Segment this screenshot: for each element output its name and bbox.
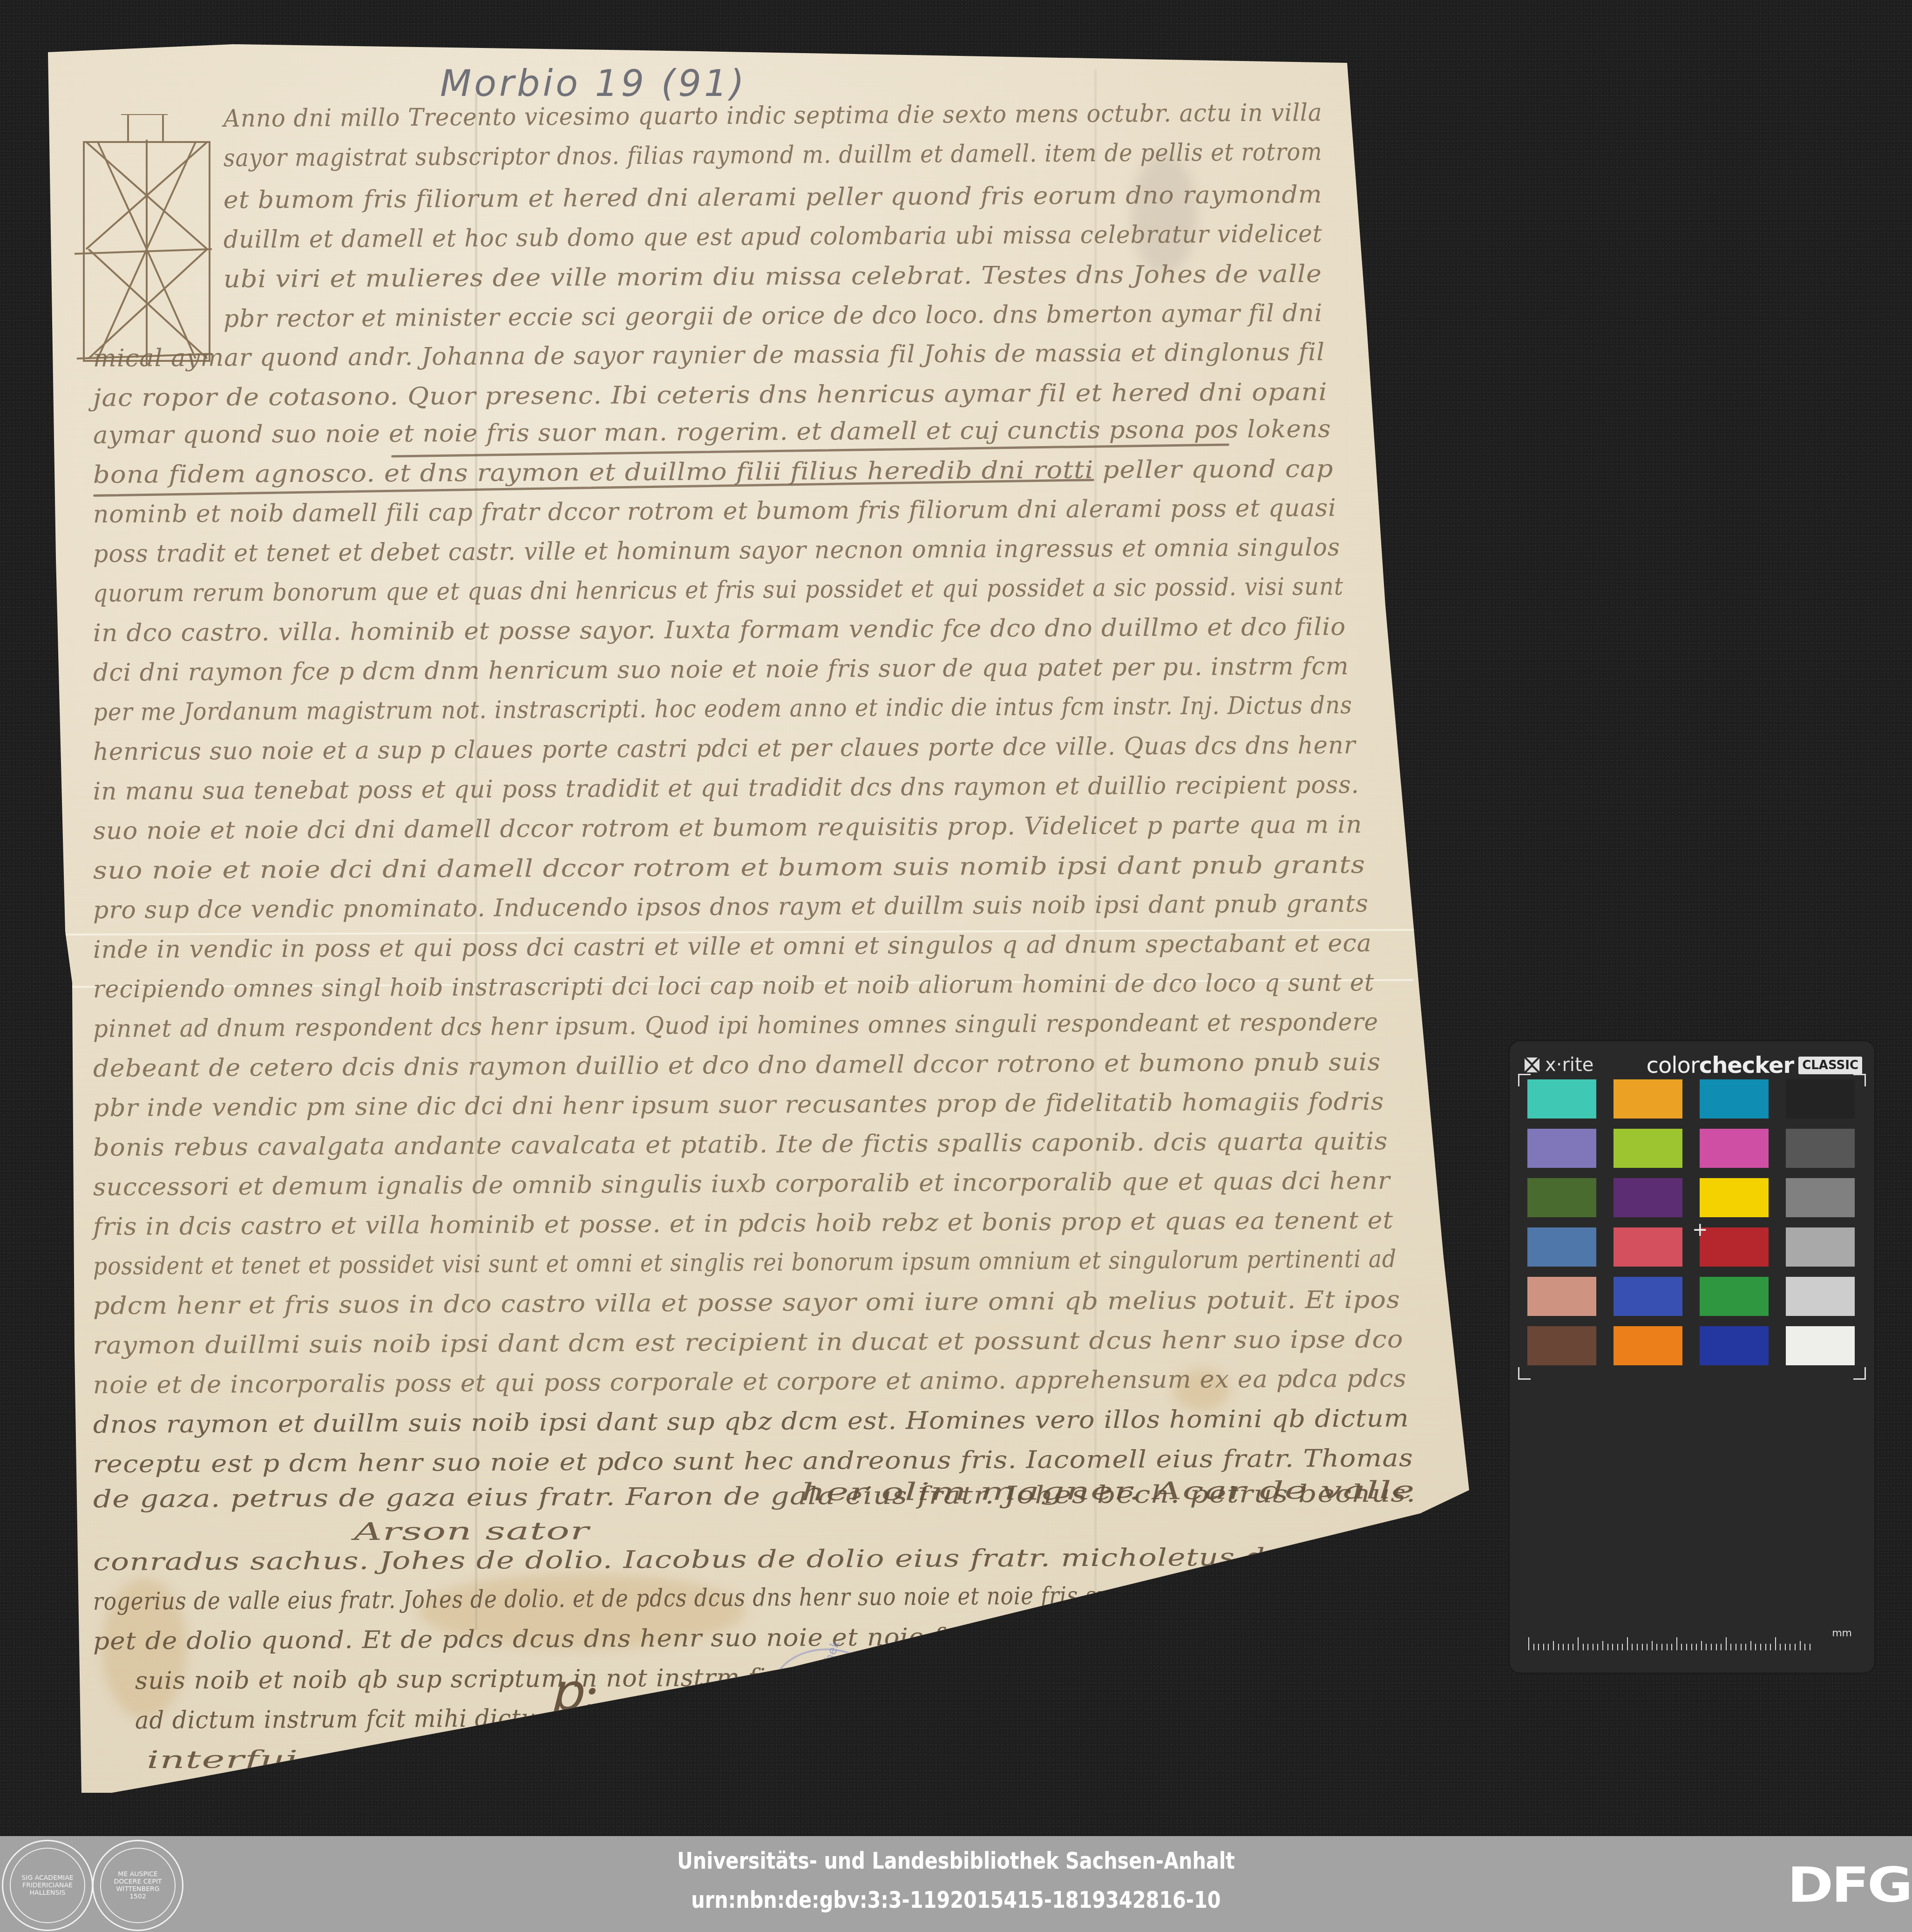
- color-swatch: [1614, 1079, 1682, 1119]
- color-swatch: [1527, 1326, 1596, 1365]
- color-swatch: [1700, 1079, 1769, 1119]
- mm-ruler: [1528, 1636, 1817, 1650]
- manuscript-line: in dco castro. villa. hominib et posse s…: [93, 613, 1346, 647]
- urn-identifier[interactable]: urn:nbn:de:gbv:3:3-1192015415-1819342816…: [76, 1886, 1836, 1913]
- color-swatch: [1527, 1227, 1596, 1267]
- color-swatch: [1700, 1277, 1769, 1316]
- manuscript-line: quorum rerum bonorum que et quas dni hen…: [93, 573, 1344, 608]
- color-swatch: [1614, 1227, 1682, 1267]
- xrite-logo-icon: [1524, 1057, 1540, 1073]
- manuscript-line: suo noie et noie dci dni damell dccor ro…: [93, 811, 1363, 845]
- color-swatch: [1786, 1227, 1855, 1267]
- library-name: Universitäts- und Landesbibliothek Sachs…: [76, 1847, 1836, 1874]
- color-swatch: [1786, 1326, 1855, 1365]
- manuscript-line: fris in dcis castro et villa hominib et …: [93, 1207, 1394, 1241]
- color-swatch: [1527, 1129, 1596, 1168]
- color-swatch: [1527, 1277, 1596, 1316]
- color-swatch: [1700, 1129, 1769, 1168]
- color-swatch: [1786, 1277, 1855, 1316]
- manuscript-line: pdcm henr et fris suos in dco castro vil…: [93, 1286, 1400, 1320]
- manuscript-line: her olim magner. Acar de valle: [801, 1477, 1416, 1506]
- classic-badge: CLASSIC: [1798, 1057, 1862, 1074]
- color-swatch: [1700, 1326, 1769, 1365]
- swatch-grid: [1527, 1079, 1855, 1365]
- manuscript-line: henricus suo noie et a sup p claues port…: [93, 732, 1356, 766]
- manuscript-line: ubi viri et mulieres dee ville morim diu…: [224, 260, 1322, 293]
- manuscript-line: per me Jordanum magistrum not. instrascr…: [93, 691, 1352, 726]
- manuscript-line: ad dictum instrum fcit mihi dictu per di…: [135, 1700, 1416, 1735]
- manuscript-line: dci dni raymon fce p dcm dnm henricum su…: [93, 652, 1349, 687]
- color-swatch: [1700, 1227, 1769, 1267]
- ruler-unit: mm: [1832, 1627, 1852, 1639]
- color-swatch: [1786, 1079, 1855, 1119]
- manuscript-line: raymon duillmi suis noib ipsi dant dcm e…: [93, 1325, 1403, 1360]
- manuscript-line: suis noib et noib qb sup scriptum in not…: [135, 1661, 1416, 1695]
- manuscript-line: conradus sachus. Johes de dolio. Iacobus…: [93, 1543, 1415, 1576]
- manuscript-line: bonis rebus cavalgata andante cavalcata …: [93, 1127, 1388, 1162]
- manuscript-line: pet de dolio quond. Et de pdcs dcus dns …: [93, 1621, 1415, 1655]
- manuscript-line: recipiendo omnes singl hoib instrascript…: [93, 969, 1375, 1003]
- manuscript-line: in manu sua tenebat poss et qui poss tra…: [93, 771, 1359, 806]
- manuscript-line: suo noie et noie dci dni damell dccor ro…: [93, 851, 1365, 885]
- manuscript-line: interfui et rogatus scripsi.: [147, 1744, 681, 1774]
- manuscript-line: debeant de cetero dcis dnis raymon duill…: [93, 1048, 1381, 1083]
- color-swatch: [1786, 1129, 1855, 1168]
- library-stamp: Landesbibliothek Halle a/S.: [771, 1648, 882, 1736]
- manuscript-line: pbr inde vendic pm sine dic dci dni henr…: [93, 1088, 1384, 1122]
- color-swatch: [1527, 1079, 1596, 1119]
- manuscript-line: successori et demum ignalis de omnib sin…: [93, 1167, 1390, 1201]
- color-swatch: [1614, 1178, 1682, 1217]
- manuscript-line: poss tradit et tenet et debet castr. vil…: [93, 534, 1340, 568]
- manuscript-line: nominb et noib damell fili cap fratr dcc…: [93, 494, 1336, 529]
- manuscript-line: dnos raymon et duillm suis noib ipsi dan…: [93, 1404, 1409, 1439]
- crosshair-icon: +: [1692, 1220, 1708, 1239]
- manuscript-line: jac ropor de cotasono. Quor presenc. Ibi…: [93, 378, 1328, 412]
- manuscript-line: Anno dni millo Trecento vicesimo quarto …: [224, 99, 1322, 133]
- manuscript-line: et bumom fris filiorum et hered dni aler…: [224, 181, 1322, 214]
- dfg-logo: DFG: [1787, 1861, 1911, 1909]
- notary-mark: ꝑ:: [549, 1662, 599, 1722]
- manuscript-line: possident et tenet et possidet visi sunt…: [93, 1245, 1397, 1281]
- manuscript-line: receptu est p dcm henr suo noie et pdco …: [93, 1444, 1413, 1478]
- manuscript-line: pbr rector et minister eccie sci georgii…: [224, 299, 1322, 333]
- colorchecker-title: colorchecker CLASSIC: [1646, 1052, 1862, 1078]
- footer-bar: SIG ACADEMIAE FRIDERICIANAE HALLENSIS ME…: [0, 1836, 1912, 1932]
- manuscript-line: pro sup dce vendic pnominato. Inducendo …: [93, 890, 1369, 924]
- library-stamp: Univ. Bibliothek Halle a/S.: [906, 1632, 1005, 1717]
- color-swatch: [1700, 1178, 1769, 1217]
- xrite-brand: x·rite: [1524, 1054, 1593, 1076]
- manuscript-line: rogerius de valle eius fratr. Johes de d…: [93, 1580, 1415, 1616]
- shelfmark: Morbio 19 (91): [440, 63, 747, 105]
- manuscript-line: bona fidem agnosco. et dns raymon et dui…: [93, 455, 1334, 489]
- color-swatch: [1786, 1178, 1855, 1217]
- color-swatch: [1614, 1277, 1682, 1316]
- manuscript-line: Arson sator: [354, 1517, 590, 1546]
- manuscript-line: duillm et damell et hoc sub domo que est…: [224, 220, 1322, 254]
- scan-area: Morbio 19 (91) Anno dni millo Trece: [0, 0, 1912, 1836]
- manuscript-line: mical aymar quond andr. Johanna de sayor…: [93, 338, 1325, 373]
- color-swatch: [1614, 1129, 1682, 1168]
- color-swatch: [1527, 1178, 1596, 1217]
- manuscript-line: pinnet ad dnum respondent dcs henr ipsum…: [93, 1008, 1378, 1043]
- colorchecker-card: x·rite colorchecker CLASSIC + mm: [1510, 1041, 1874, 1673]
- color-swatch: [1614, 1326, 1682, 1365]
